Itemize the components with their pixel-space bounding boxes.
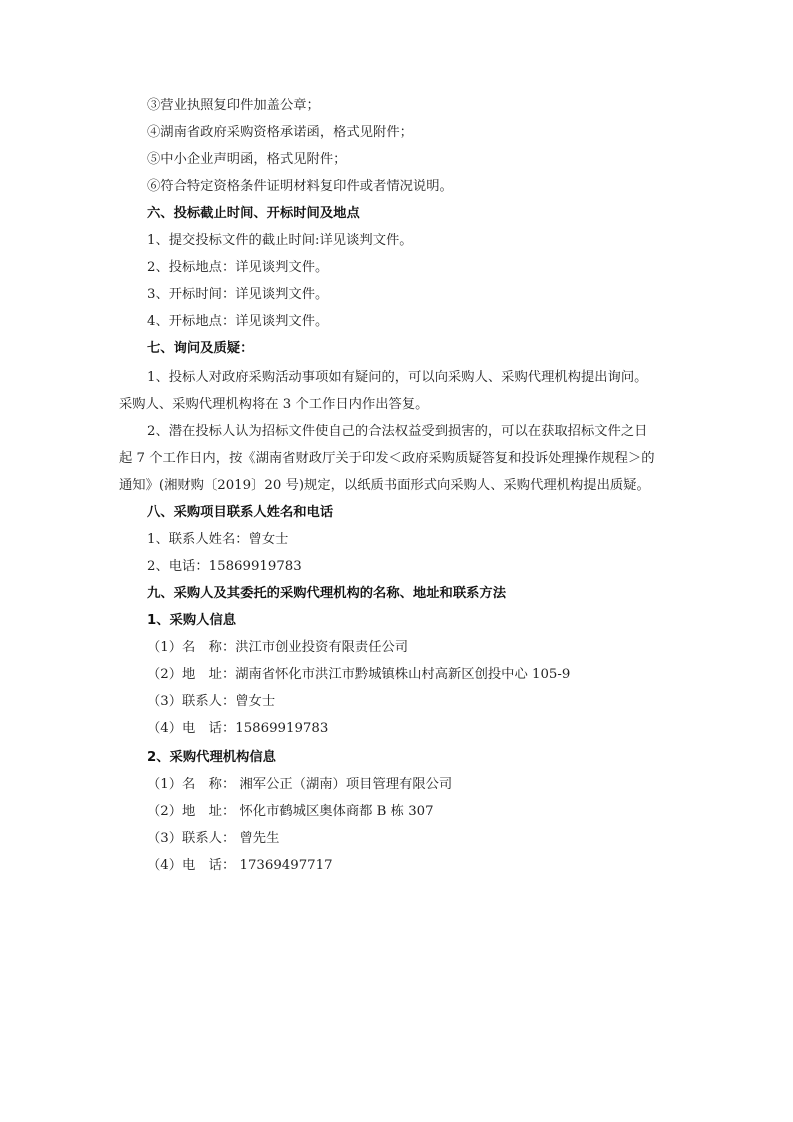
agency-name: （1）名 称： 湘军公正（湖南）项目管理有限公司	[147, 777, 452, 793]
purchaser-contact: （3）联系人：曾女士	[147, 694, 275, 710]
section-6-item-4: 4、开标地点：详见谈判文件。	[147, 314, 328, 330]
section-6-heading: 六、投标截止时间、开标时间及地点	[147, 206, 360, 222]
purchaser-info-heading: 1、采购人信息	[147, 613, 236, 629]
qualification-item-6: ⑥符合特定资格条件证明材料复印件或者情况说明。	[147, 179, 453, 195]
agency-phone-label: （4）电 话：	[147, 858, 235, 874]
section-7-p1-line2: 采购人、采购代理机构将在 3 个工作日内作出答复。	[119, 397, 428, 413]
agency-address-label: （2）地 址：	[147, 804, 235, 820]
section-6-item-2: 2、投标地点：详见谈判文件。	[147, 260, 328, 276]
qualification-item-3: ③营业执照复印件加盖公章；	[147, 98, 320, 114]
section-6-item-1: 1、提交投标文件的截止时间:详见谈判文件。	[147, 233, 413, 249]
agency-address: （2）地 址： 怀化市鹤城区奥体商都 B 栋 307	[147, 804, 434, 820]
section-9-heading: 九、采购人及其委托的采购代理机构的名称、地址和联系方法	[147, 586, 506, 602]
qualification-item-4: ④湖南省政府采购资格承诺函，格式见附件；	[147, 125, 413, 141]
section-7-heading: 七、询问及质疑：	[147, 341, 253, 357]
section-7-p2-line1: 2、潜在投标人认为招标文件使自己的合法权益受到损害的，可以在获取招标文件之日	[147, 424, 647, 440]
section-7-p1-line1: 1、投标人对政府采购活动事项如有疑问的，可以向采购人、采购代理机构提出询问。	[147, 370, 647, 386]
agency-phone-value: 17369497717	[239, 858, 332, 873]
section-6-item-3: 3、开标时间：详见谈判文件。	[147, 287, 328, 303]
agency-contact-label: （3）联系人：	[147, 831, 235, 847]
agency-name-label: （1）名 称：	[147, 777, 235, 793]
purchaser-name: （1）名 称：洪江市创业投资有限责任公司	[147, 640, 408, 656]
purchaser-address: （2）地 址：湖南省怀化市洪江市黔城镇株山村高新区创投中心 105-9	[147, 667, 570, 683]
agency-name-value: 湘军公正（湖南）项目管理有限公司	[239, 777, 452, 792]
agency-phone: （4）电 话： 17369497717	[147, 858, 333, 874]
agency-info-heading: 2、采购代理机构信息	[147, 750, 276, 766]
qualification-item-5: ⑤中小企业声明函，格式见附件；	[147, 152, 346, 168]
section-7-p2-line3: 通知》(湘财购〔2019〕20 号)规定，以纸质书面形式向采购人、采购代理机构提…	[119, 478, 650, 494]
section-7-p2-line2: 起 7 个工作日内，按《湖南省财政厅关于印发＜政府采购质疑答复和投诉处理操作规程…	[119, 451, 655, 467]
agency-contact-value: 曾先生	[239, 831, 279, 846]
section-8-heading: 八、采购项目联系人姓名和电话	[147, 505, 333, 521]
contact-phone: 2、电话：15869919783	[147, 559, 302, 575]
contact-name: 1、联系人姓名：曾女士	[147, 532, 288, 548]
agency-contact: （3）联系人： 曾先生	[147, 831, 279, 847]
purchaser-phone: （4）电 话：15869919783	[147, 721, 328, 737]
agency-address-value: 怀化市鹤城区奥体商都 B 栋 307	[239, 804, 433, 819]
